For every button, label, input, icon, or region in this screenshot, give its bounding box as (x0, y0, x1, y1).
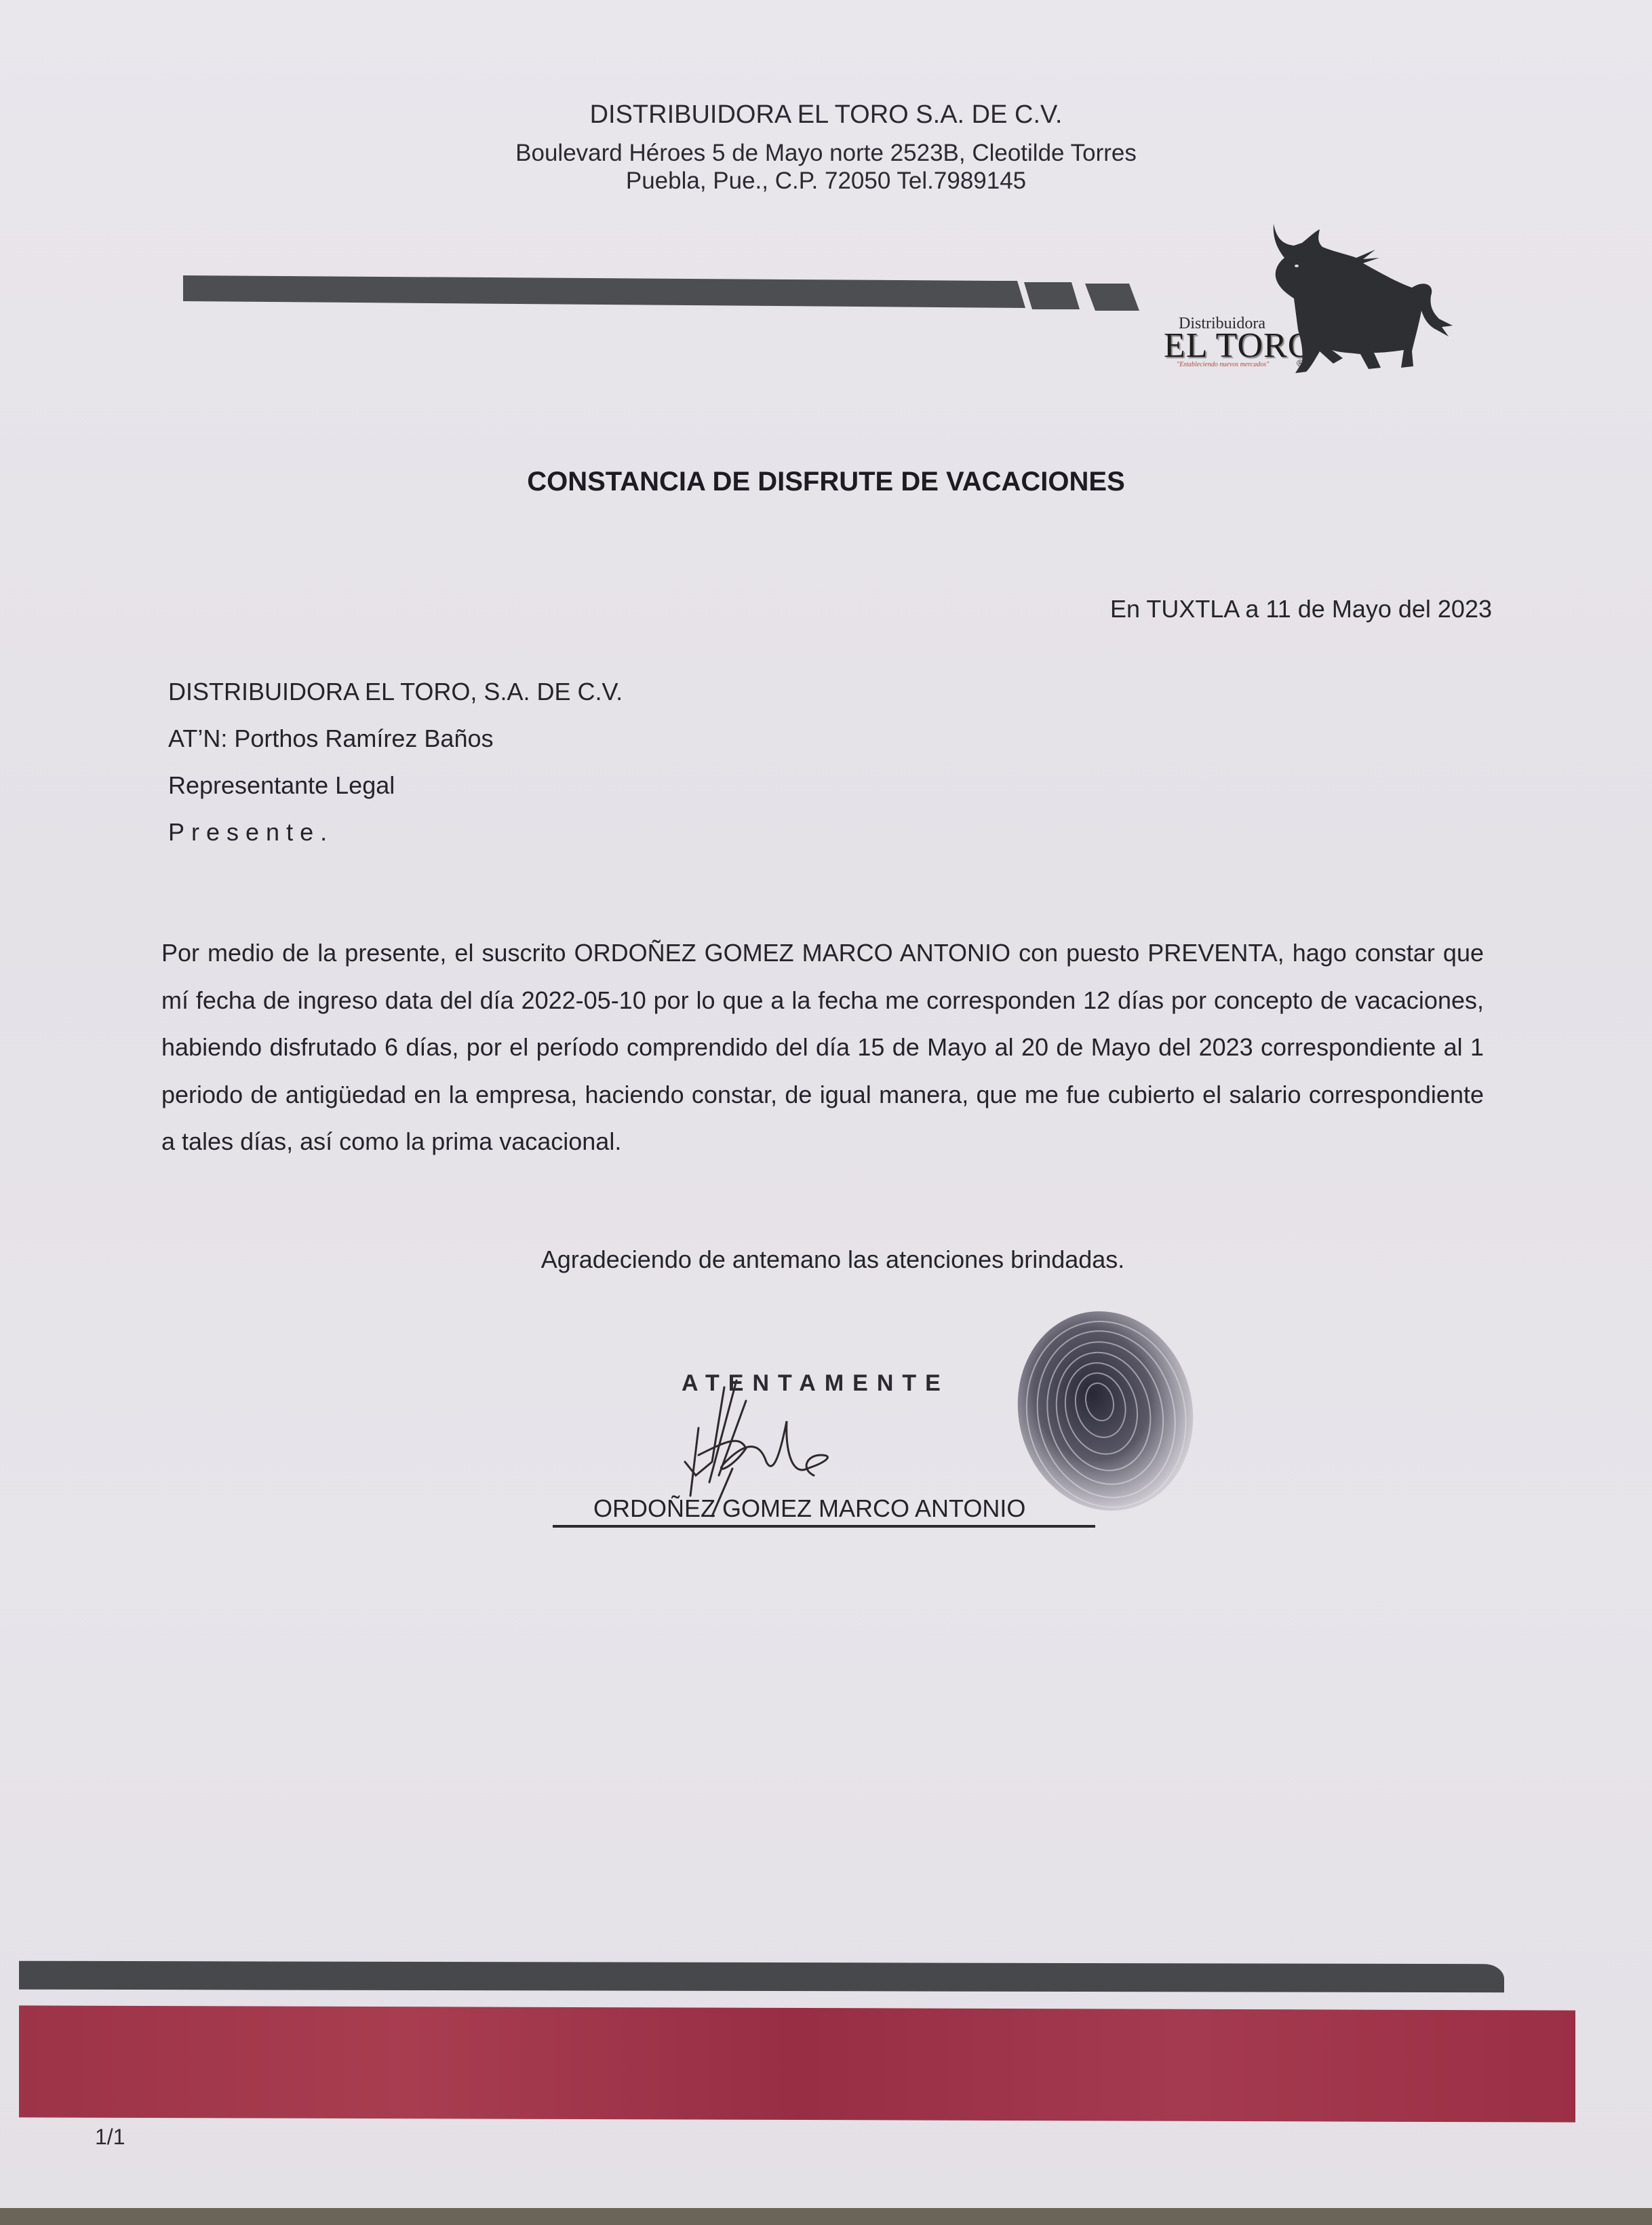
place-and-date: En TUXTLA a 11 de Mayo del 2023 (1110, 595, 1492, 623)
letterhead-company-name: DISTRIBUIDORA EL TORO S.A. DE C.V. (0, 100, 1652, 130)
logo-tagline: "Estableciendo nuevos mercados" (1177, 361, 1269, 368)
letterhead-address-line-2: Puebla, Pue., C.P. 72050 Tel.7989145 (0, 168, 1652, 195)
addressee-attention: AT’N: Porthos Ramírez Baños (168, 715, 623, 762)
table-surface (0, 2208, 1652, 2225)
addressee-block: DISTRIBUIDORA EL TORO, S.A. DE C.V. AT’N… (168, 668, 623, 855)
header-decorative-bar (183, 271, 1146, 312)
closing-line: Agradeciendo de antemano las atenciones … (0, 1245, 1652, 1274)
addressee-company: DISTRIBUIDORA EL TORO, S.A. DE C.V. (168, 668, 623, 715)
addressee-present: Presente. (168, 809, 623, 855)
document-page: DISTRIBUIDORA EL TORO S.A. DE C.V. Boule… (0, 0, 1652, 2225)
letterhead-address-line-1: Boulevard Héroes 5 de Mayo norte 2523B, … (0, 140, 1652, 167)
footer-red-bar (19, 2005, 1575, 2122)
addressee-role: Representante Legal (168, 762, 623, 809)
fingerprint-icon (1007, 1306, 1204, 1516)
document-title: CONSTANCIA DE DISFRUTE DE VACACIONES (0, 467, 1652, 497)
closing-text: Agradeciendo de antemano las atenciones … (541, 1245, 1125, 1273)
signature-line (553, 1525, 1095, 1528)
body-paragraph: Por medio de la presente, el suscrito OR… (161, 929, 1484, 1165)
bull-icon (1261, 217, 1465, 380)
signer-name: ORDOÑEZ GOMEZ MARCO ANTONIO (593, 1494, 1025, 1523)
page-number: 1/1 (95, 2125, 125, 2150)
footer-dark-bar (19, 1961, 1504, 1993)
